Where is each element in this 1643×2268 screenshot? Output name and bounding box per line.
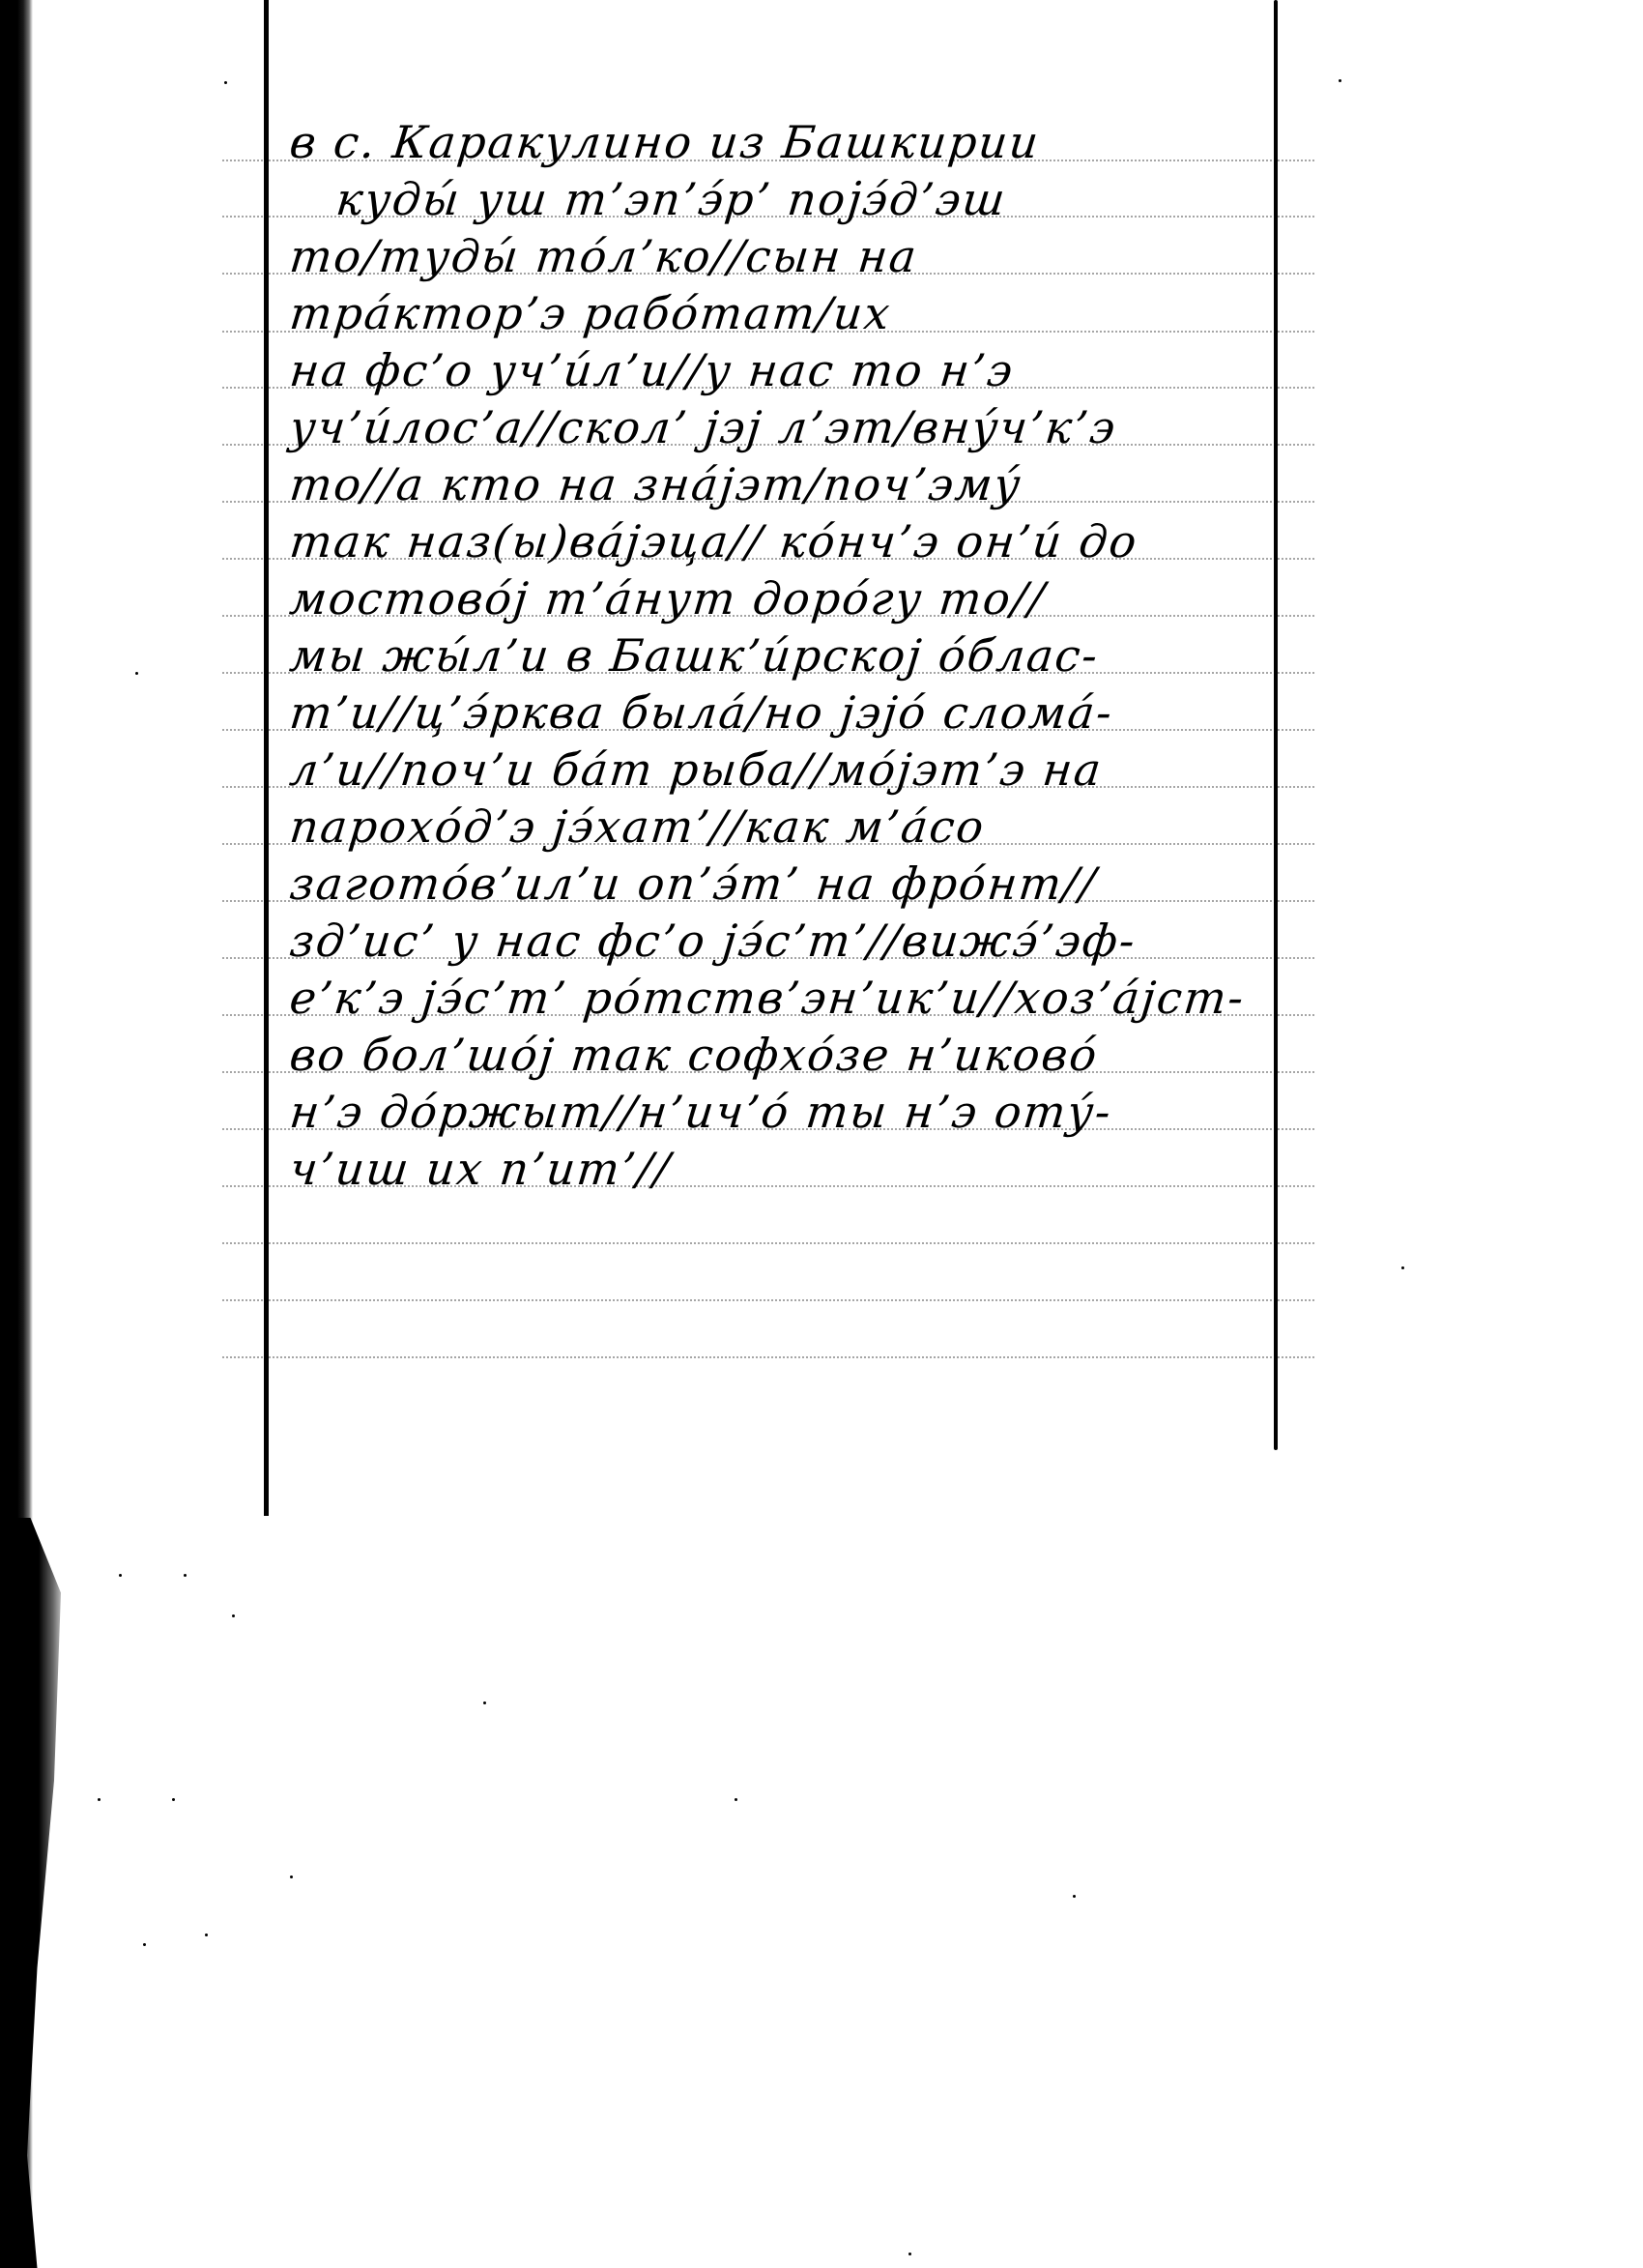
text-line: мы жы́л’и в Башк’и́рској о́блас- <box>287 627 1279 684</box>
text-line: уч’и́лос’а//скол’ јэј л’эт/вну́ч’к’э <box>287 399 1279 456</box>
scan-speck <box>1073 1895 1076 1898</box>
left-margin-rule <box>264 0 269 1516</box>
text-line: куды́ уш т’эп’э́р’ пој̇э́д’эш <box>287 171 1279 228</box>
text-line: на фс’о уч’и́л’и//у нас то н’э <box>287 342 1279 399</box>
text-line: во бол’шо́ј так софхо́зе н’иково́ <box>287 1027 1279 1084</box>
handwritten-transcription: в с. Каракулино из Башкирии куды́ уш т’э… <box>290 114 1276 1198</box>
scan-speck <box>119 1574 122 1577</box>
scan-speck <box>143 1943 146 1946</box>
scan-speck <box>483 1701 486 1704</box>
text-line: тра́ктор’э рабо́тат/их <box>287 285 1279 342</box>
scan-speck <box>172 1798 175 1801</box>
text-line: так наз(ы)ва́јэца// ко́нч’э он’и́ до <box>287 513 1279 570</box>
scan-speck <box>205 1934 208 1936</box>
ruling-line <box>222 1299 1314 1301</box>
text-line: пароxо́д’э јэ́хат’//как м’а́со <box>287 799 1279 856</box>
text-line: то//а кто на зна́јэт/поч’эму́ <box>287 456 1279 513</box>
scan-shadow-edge-lower <box>0 1518 68 2268</box>
text-line: то/туды́ то́л’ко//сын на <box>287 228 1279 285</box>
scan-speck <box>735 1798 737 1801</box>
scan-speck <box>1339 79 1341 82</box>
scan-speck <box>184 1574 187 1577</box>
scan-speck <box>232 1614 235 1617</box>
scan-speck <box>98 1798 101 1801</box>
scan-speck <box>1401 1266 1404 1269</box>
text-line: зд’ис’ у нас фс’о јэ́с’т’//вижэ́’эф- <box>287 913 1279 970</box>
scanned-page: в с. Каракулино из Башкирии куды́ уш т’э… <box>0 0 1643 2268</box>
ruling-line <box>222 1242 1314 1244</box>
scan-speck <box>908 2253 911 2255</box>
text-line: загото́в’ил’и оп’э́т’ на фро́нт// <box>287 856 1279 913</box>
text-line: мостово́ј т’а́нут доро́гу то// <box>287 570 1279 627</box>
text-line: ч’иш их п’ит’// <box>287 1141 1279 1198</box>
scan-speck <box>135 672 138 675</box>
scan-speck <box>224 81 227 84</box>
text-line: н’э до́ржыт//н’ич’о́ ты н’э оту́- <box>287 1084 1279 1141</box>
ruling-line <box>222 1356 1314 1358</box>
text-line: е’к’э јэ́с’т’ ро́тств’эн’ик’и//хоз’а́јст… <box>287 970 1279 1027</box>
text-line: в с. Каракулино из Башкирии <box>287 114 1279 171</box>
scan-speck <box>290 1875 293 1878</box>
text-line: т’и//ц’э́рква была́/но јэјо́ слома́- <box>287 684 1279 741</box>
text-line: л’и//поч’и ба́т рыба//мо́јэт’э на <box>287 741 1279 799</box>
